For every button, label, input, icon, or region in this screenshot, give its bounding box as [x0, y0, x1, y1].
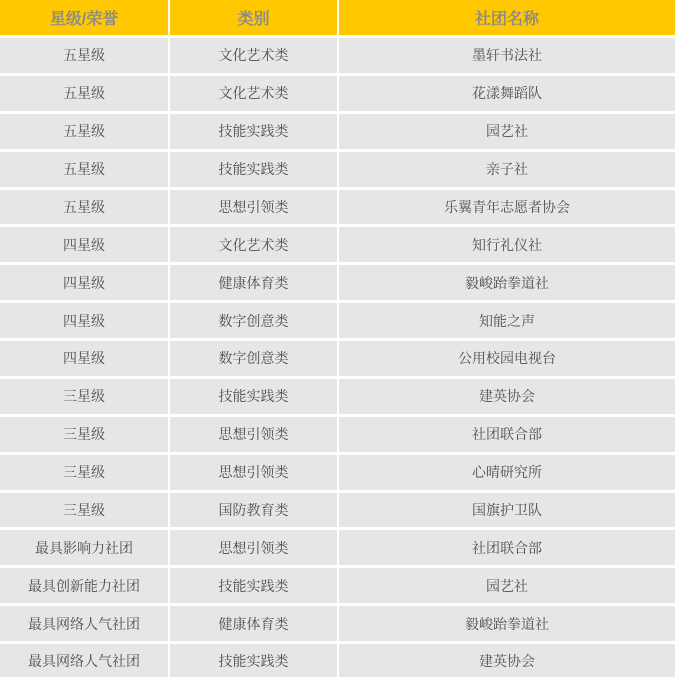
table-cell: 四星级	[0, 227, 170, 265]
table-cell: 最具影响力社团	[0, 530, 170, 568]
clubs-table: 星级/荣誉 类别 社团名称 五星级文化艺术类墨轩书法社五星级文化艺术类花漾舞蹈队…	[0, 0, 675, 677]
table-row: 五星级文化艺术类墨轩书法社	[0, 38, 675, 76]
table-cell: 五星级	[0, 38, 170, 76]
table-cell: 思想引领类	[170, 190, 339, 228]
table-cell: 花漾舞蹈队	[339, 76, 675, 114]
table-cell: 技能实践类	[170, 114, 339, 152]
table-row: 最具网络人气社团技能实践类建英协会	[0, 644, 675, 677]
table-cell: 技能实践类	[170, 568, 339, 606]
table-cell: 健康体育类	[170, 606, 339, 644]
table-row: 最具网络人气社团健康体育类毅峻跆拳道社	[0, 606, 675, 644]
table-row: 最具创新能力社团技能实践类园艺社	[0, 568, 675, 606]
column-header-star-level: 星级/荣誉	[0, 0, 170, 38]
table-cell: 数字创意类	[170, 341, 339, 379]
table-cell: 思想引领类	[170, 455, 339, 493]
table-cell: 四星级	[0, 303, 170, 341]
table-row: 最具影响力社团思想引领类社团联合部	[0, 530, 675, 568]
table-cell: 亲子社	[339, 152, 675, 190]
table-cell: 五星级	[0, 76, 170, 114]
table-cell: 三星级	[0, 379, 170, 417]
table-cell: 数字创意类	[170, 303, 339, 341]
table-cell: 园艺社	[339, 114, 675, 152]
table-row: 三星级思想引领类心晴研究所	[0, 455, 675, 493]
table-cell: 最具网络人气社团	[0, 644, 170, 677]
table-cell: 知能之声	[339, 303, 675, 341]
table-cell: 技能实践类	[170, 152, 339, 190]
table-row: 三星级技能实践类建英协会	[0, 379, 675, 417]
table-cell: 建英协会	[339, 379, 675, 417]
table-cell: 三星级	[0, 417, 170, 455]
table-cell: 心晴研究所	[339, 455, 675, 493]
table-cell: 五星级	[0, 152, 170, 190]
table-cell: 文化艺术类	[170, 38, 339, 76]
table-cell: 最具网络人气社团	[0, 606, 170, 644]
table-cell: 技能实践类	[170, 644, 339, 677]
table-cell: 五星级	[0, 114, 170, 152]
column-header-club-name: 社团名称	[339, 0, 675, 38]
table-cell: 乐翼青年志愿者协会	[339, 190, 675, 228]
table-row: 五星级技能实践类园艺社	[0, 114, 675, 152]
table-cell: 最具创新能力社团	[0, 568, 170, 606]
table-row: 四星级数字创意类公用校园电视台	[0, 341, 675, 379]
table-cell: 三星级	[0, 455, 170, 493]
table-cell: 五星级	[0, 190, 170, 228]
table-cell: 知行礼仪社	[339, 227, 675, 265]
table-cell: 社团联合部	[339, 417, 675, 455]
table-header-row: 星级/荣誉 类别 社团名称	[0, 0, 675, 38]
table-row: 五星级技能实践类亲子社	[0, 152, 675, 190]
table-cell: 思想引领类	[170, 417, 339, 455]
table-cell: 思想引领类	[170, 530, 339, 568]
table-cell: 文化艺术类	[170, 76, 339, 114]
table-cell: 国防教育类	[170, 493, 339, 531]
table-cell: 毅峻跆拳道社	[339, 265, 675, 303]
table-cell: 建英协会	[339, 644, 675, 677]
table-cell: 健康体育类	[170, 265, 339, 303]
table-cell: 公用校园电视台	[339, 341, 675, 379]
column-header-category: 类别	[170, 0, 339, 38]
table-cell: 文化艺术类	[170, 227, 339, 265]
table-cell: 墨轩书法社	[339, 38, 675, 76]
table-cell: 园艺社	[339, 568, 675, 606]
table-cell: 四星级	[0, 341, 170, 379]
table-cell: 社团联合部	[339, 530, 675, 568]
table-body: 五星级文化艺术类墨轩书法社五星级文化艺术类花漾舞蹈队五星级技能实践类园艺社五星级…	[0, 38, 675, 677]
table-row: 四星级数字创意类知能之声	[0, 303, 675, 341]
table-row: 五星级思想引领类乐翼青年志愿者协会	[0, 190, 675, 228]
table-cell: 毅峻跆拳道社	[339, 606, 675, 644]
table-cell: 技能实践类	[170, 379, 339, 417]
table-cell: 三星级	[0, 493, 170, 531]
table-row: 三星级思想引领类社团联合部	[0, 417, 675, 455]
table-row: 三星级国防教育类国旗护卫队	[0, 493, 675, 531]
table-cell: 四星级	[0, 265, 170, 303]
table-row: 五星级文化艺术类花漾舞蹈队	[0, 76, 675, 114]
table-cell: 国旗护卫队	[339, 493, 675, 531]
table-row: 四星级健康体育类毅峻跆拳道社	[0, 265, 675, 303]
table-row: 四星级文化艺术类知行礼仪社	[0, 227, 675, 265]
